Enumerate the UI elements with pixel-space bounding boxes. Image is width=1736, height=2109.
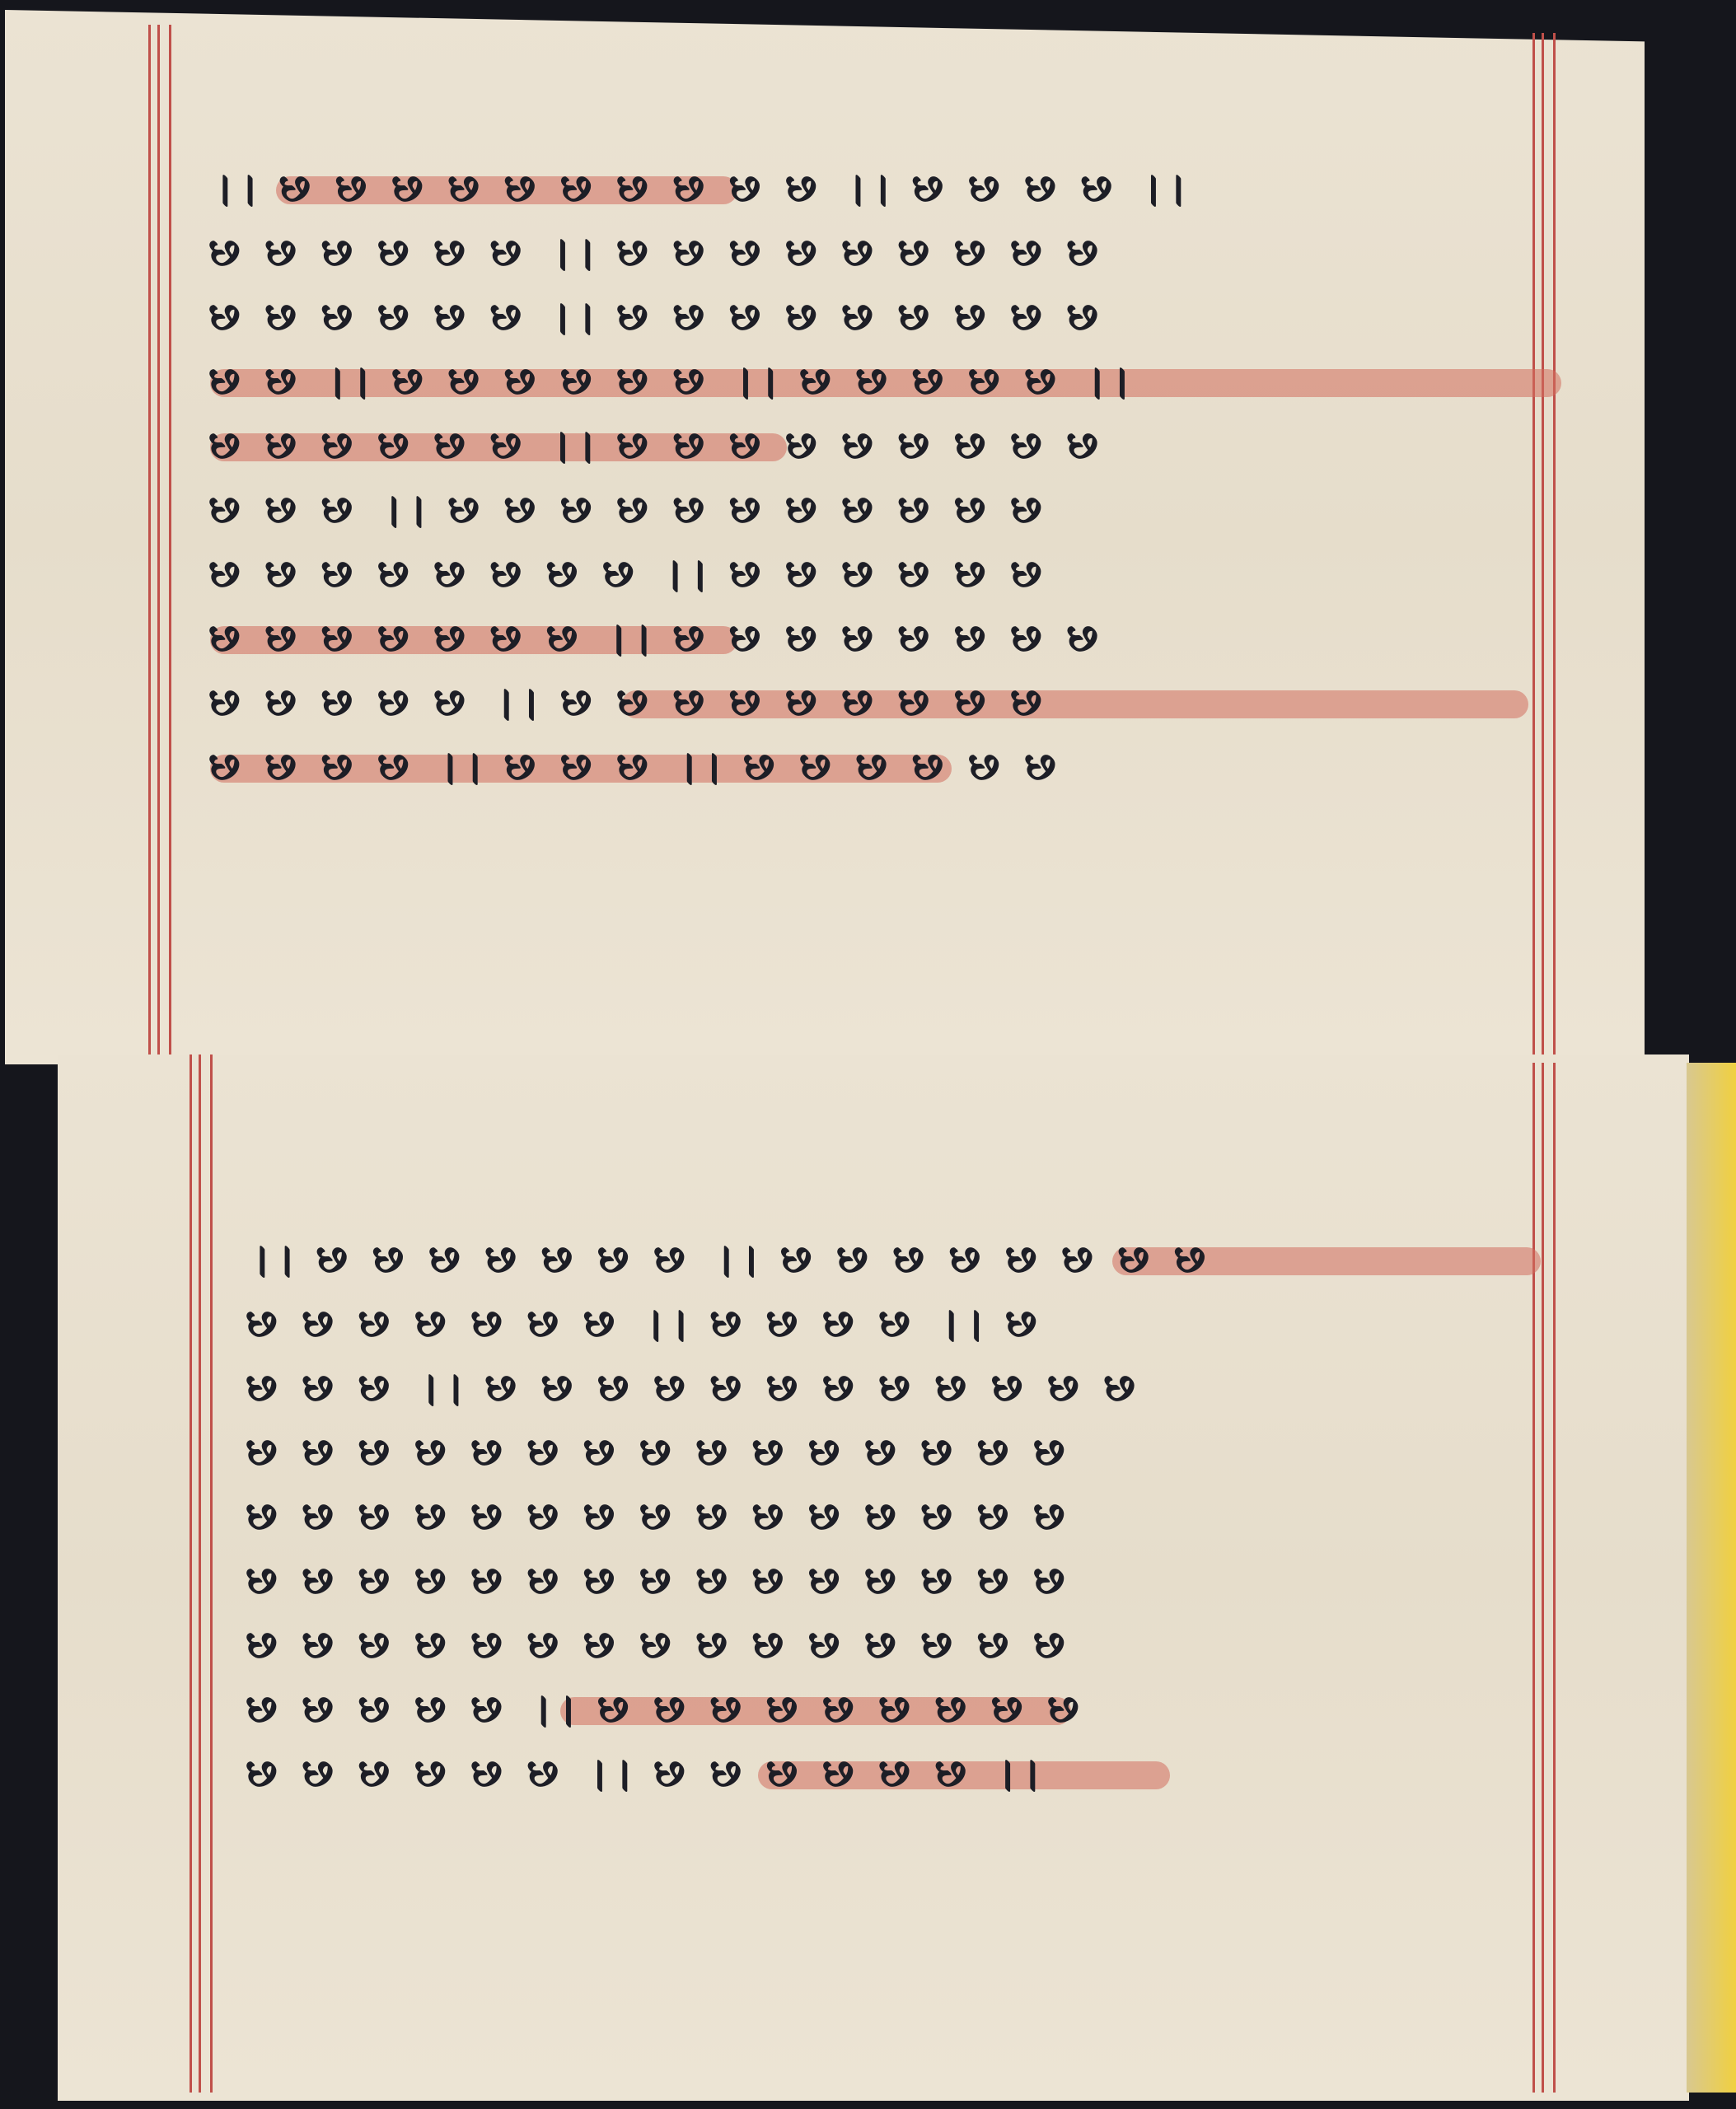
text-line: ꣸ ꣸ ꣸ ꣸ ।। ꣸ ꣸ ꣸ ।। ꣸ ꣸ ꣸ ꣸ ꣸ ꣸ [210,735,1528,799]
left-margin-rule-top [148,25,171,1054]
left-margin-rule-bottom [190,1054,213,2093]
text-line: ꣸ ꣸ ꣸ ꣸ ꣸ ।। ꣸ ꣸ ꣸ ꣸ ꣸ ꣸ ꣸ ꣸ ꣸ [247,1677,1524,1742]
text-line: ꣸ ꣸ ꣸ ꣸ ꣸ ꣸ ꣸ ꣸ ।। ꣸ ꣸ ꣸ ꣸ ꣸ ꣸ [210,542,1528,606]
text-line: ꣸ ꣸ ꣸ ।। ꣸ ꣸ ꣸ ꣸ ꣸ ꣸ ꣸ ꣸ ꣸ ꣸ ꣸ [210,478,1528,542]
text-line: ꣸ ꣸ ꣸ ꣸ ꣸ ꣸ ।। ꣸ ꣸ ꣸ ꣸ ꣸ ꣸ ।। [247,1742,1524,1806]
text-line: ।। ꣸ ꣸ ꣸ ꣸ ꣸ ꣸ ꣸ ।। ꣸ ꣸ ꣸ ꣸ ꣸ ꣸ ꣸ ꣸ [247,1228,1524,1292]
text-line: ꣸ ꣸ ꣸ ꣸ ꣸ ꣸ ꣸ ꣸ ꣸ ꣸ ꣸ ꣸ ꣸ ꣸ ꣸ [247,1613,1524,1677]
text-line: ꣸ ꣸ ꣸ ꣸ ꣸ ।। ꣸ ꣸ ꣸ ꣸ ꣸ ꣸ ꣸ ꣸ ꣸ [210,671,1528,735]
text-line: ꣸ ꣸ ꣸ ꣸ ꣸ ꣸ ꣸ ।। ꣸ ꣸ ꣸ ꣸ ꣸ ꣸ ꣸ ꣸ [210,606,1528,671]
text-line: ꣸ ꣸ ꣸ ꣸ ꣸ ꣸ ꣸ ꣸ ꣸ ꣸ ꣸ ꣸ ꣸ ꣸ ꣸ [247,1549,1524,1613]
right-margin-rule-top [1532,33,1556,1054]
text-line: ꣸ ꣸ ꣸ ꣸ ꣸ ꣸ ।। ꣸ ꣸ ꣸ ꣸ ꣸ ꣸ ꣸ ꣸ ꣸ [210,285,1528,349]
text-line: ꣸ ꣸ ꣸ ꣸ ꣸ ꣸ ꣸ ।। ꣸ ꣸ ꣸ ꣸ ।। ꣸ [247,1292,1524,1356]
text-line: ꣸ ꣸ ।। ꣸ ꣸ ꣸ ꣸ ꣸ ꣸ ।। ꣸ ꣸ ꣸ ꣸ ꣸ ।। [210,349,1528,414]
page-stack-edge [1687,1063,1736,2093]
text-line: ꣸ ꣸ ꣸ ꣸ ꣸ ꣸ ꣸ ꣸ ꣸ ꣸ ꣸ ꣸ ꣸ ꣸ ꣸ [247,1485,1524,1549]
text-line: ꣸ ꣸ ꣸ ꣸ ꣸ ꣸ ।। ꣸ ꣸ ꣸ ꣸ ꣸ ꣸ ꣸ ꣸ ꣸ [210,221,1528,285]
text-line: ꣸ ꣸ ꣸ ꣸ ꣸ ꣸ ।। ꣸ ꣸ ꣸ ꣸ ꣸ ꣸ ꣸ ꣸ ꣸ [210,414,1528,478]
right-margin-rule-bottom [1532,1063,1556,2093]
text-line: ।। ꣸ ꣸ ꣸ ꣸ ꣸ ꣸ ꣸ ꣸ ꣸ ꣸ ।। ꣸ ꣸ ꣸ ꣸ ।। [210,157,1528,221]
top-page-text: ।। ꣸ ꣸ ꣸ ꣸ ꣸ ꣸ ꣸ ꣸ ꣸ ꣸ ।। ꣸ ꣸ ꣸ ꣸ ।। ꣸ ꣸… [210,157,1528,799]
text-line: ꣸ ꣸ ꣸ ꣸ ꣸ ꣸ ꣸ ꣸ ꣸ ꣸ ꣸ ꣸ ꣸ ꣸ ꣸ [247,1420,1524,1485]
text-line: ꣸ ꣸ ꣸ ।। ꣸ ꣸ ꣸ ꣸ ꣸ ꣸ ꣸ ꣸ ꣸ ꣸ ꣸ ꣸ [247,1356,1524,1420]
bottom-page-text: ।। ꣸ ꣸ ꣸ ꣸ ꣸ ꣸ ꣸ ।। ꣸ ꣸ ꣸ ꣸ ꣸ ꣸ ꣸ ꣸ ꣸ ꣸ … [247,1228,1524,1806]
